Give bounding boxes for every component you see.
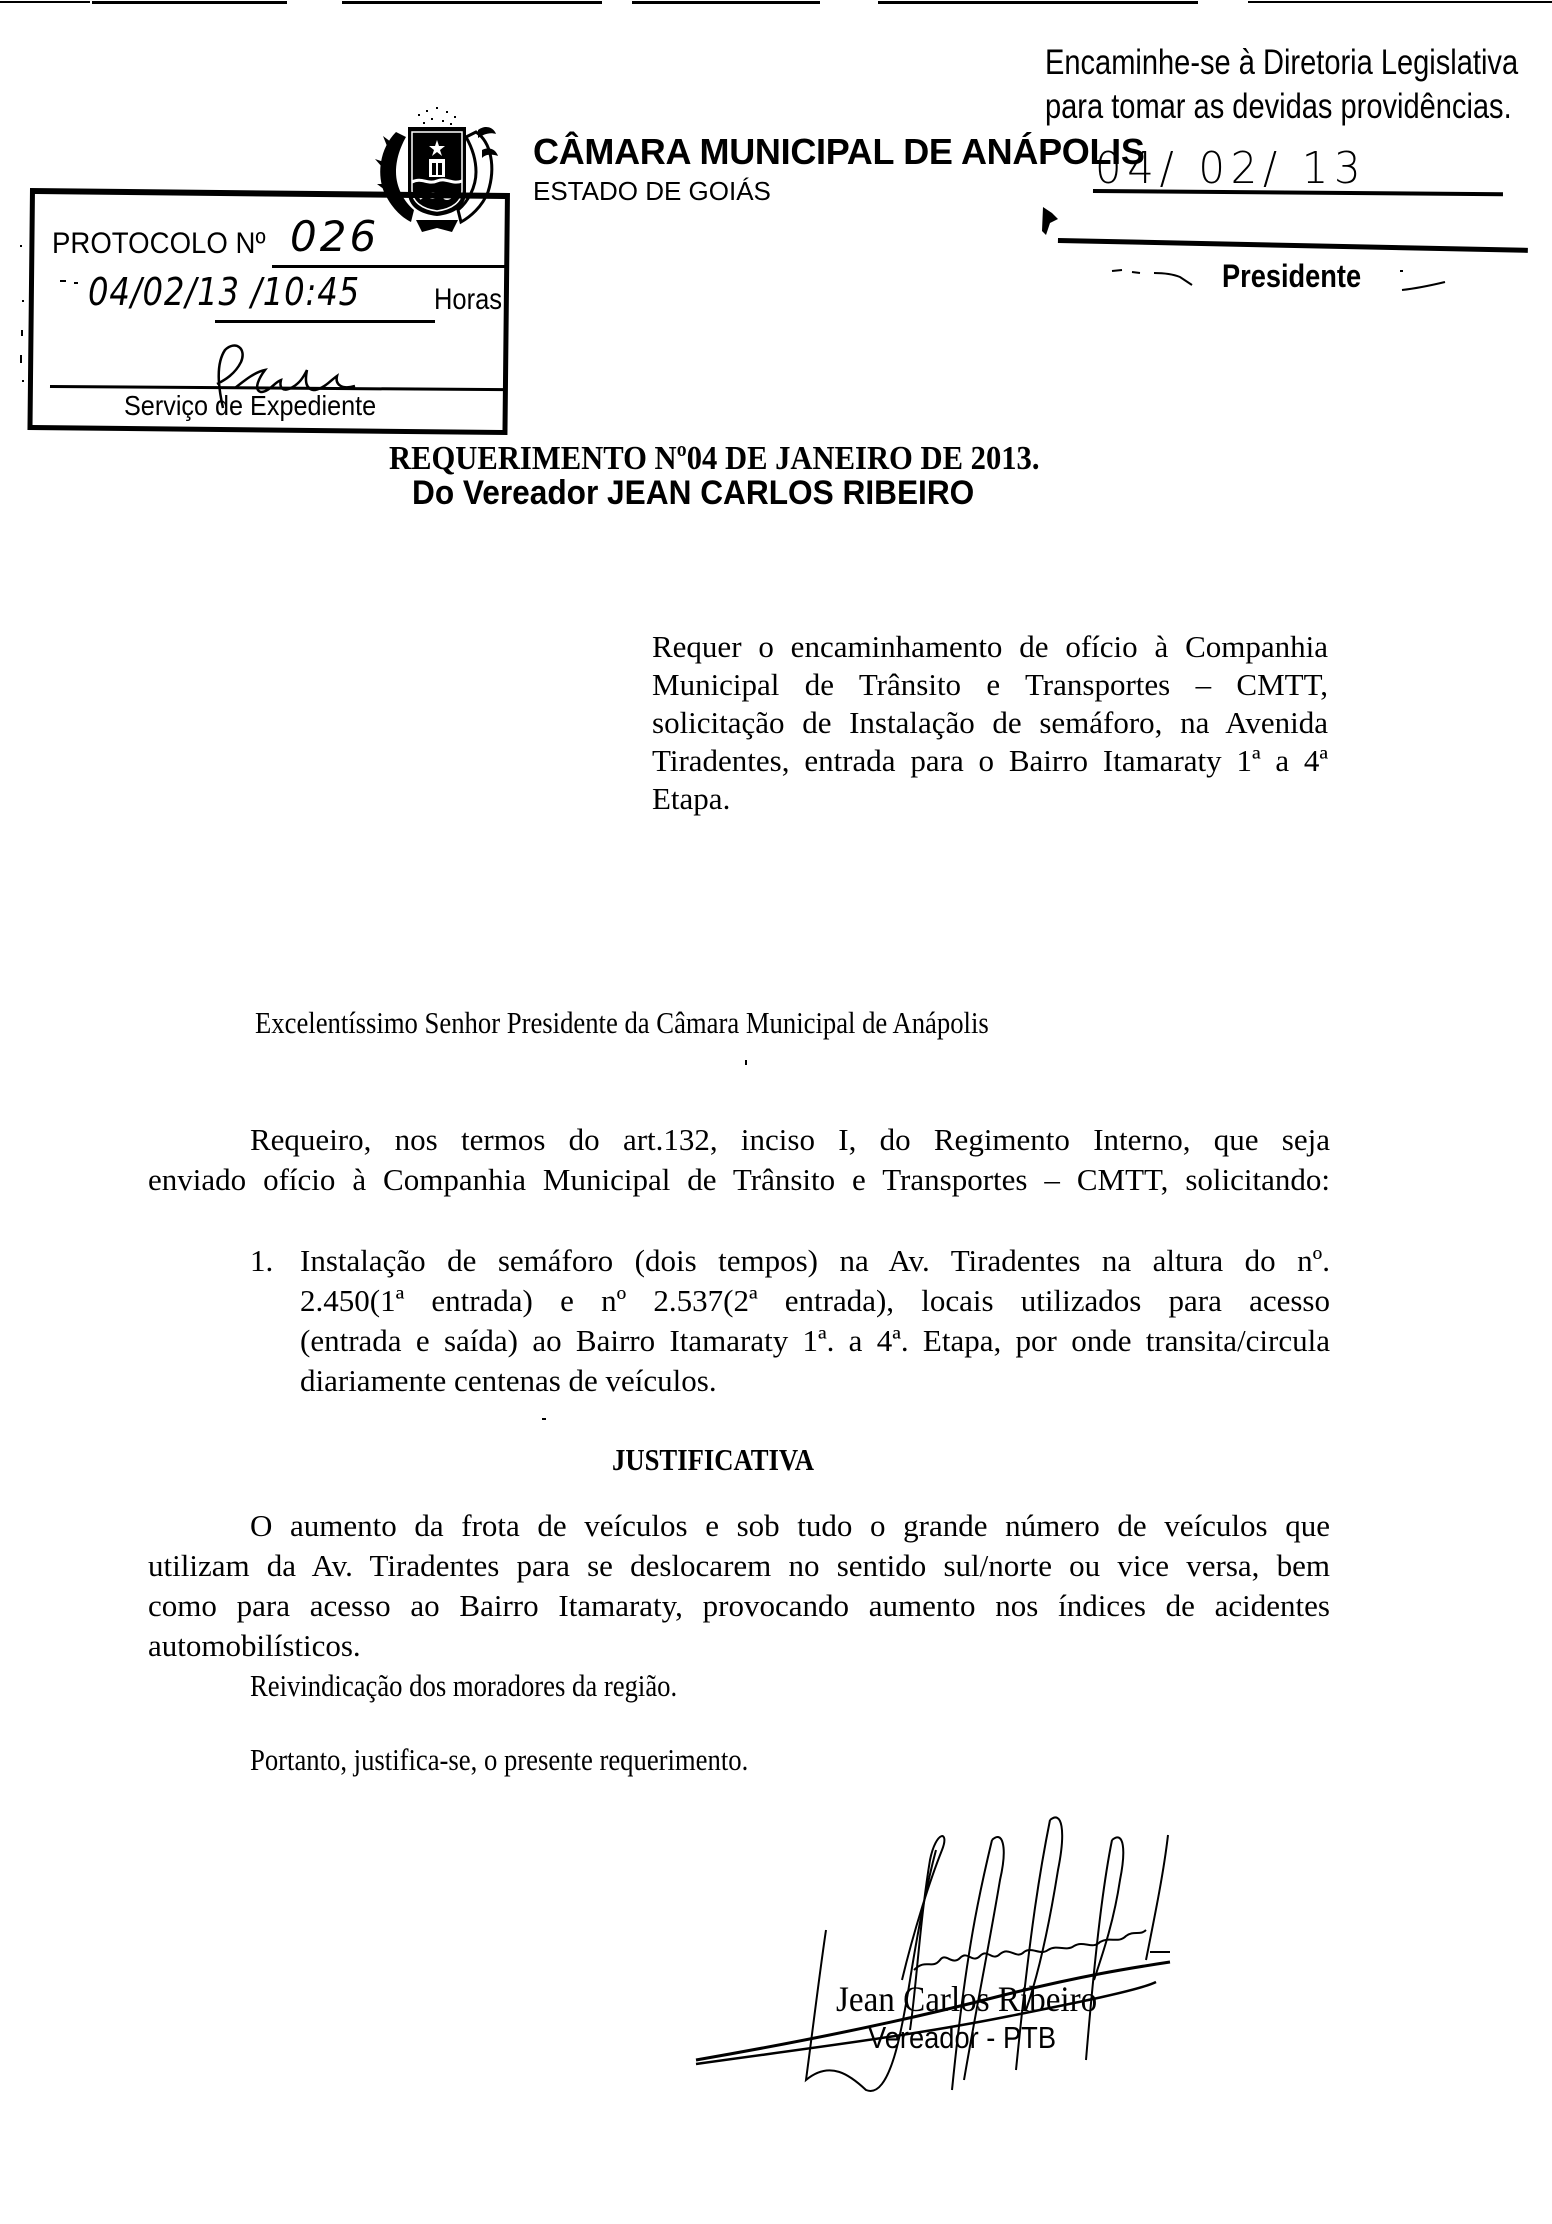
forwarding-instruction-line1: Encaminhe-se à Diretoria Legislativa — [1045, 43, 1518, 83]
protocol-hours-label: Horas — [434, 283, 502, 317]
list-item-line: diariamente centenas de veículos. — [300, 1363, 1330, 1399]
protocol-department: Serviço de Expediente — [124, 390, 376, 422]
president-signature-line — [1058, 238, 1528, 253]
signature-trace — [1110, 265, 1220, 295]
list-item-line: Instalação de semáforo (dois tempos) na … — [300, 1243, 1330, 1279]
signatory-name: Jean Carlos Ribeiro — [836, 1978, 1097, 2020]
document-author: Do Vereador JEAN CARLOS RIBEIRO — [412, 474, 974, 513]
closing-statement: Portanto, justifica-se, o presente reque… — [250, 1742, 748, 1778]
list-item-line: (entrada e saída) ao Bairro Itamaraty 1ª… — [300, 1323, 1330, 1359]
subject-line: Etapa. — [652, 780, 1328, 818]
subject-line: solicitação de Instalação de semáforo, n… — [652, 704, 1328, 742]
institution-name: CÂMARA MUNICIPAL DE ANÁPOLIS — [533, 131, 1145, 173]
state-name: ESTADO DE GOIÁS — [533, 176, 771, 207]
protocol-number-line — [272, 265, 508, 268]
subject-line: Tiradentes, entrada para o Bairro Itamar… — [652, 742, 1328, 780]
justification-line: utilizam da Av. Tiradentes para se deslo… — [148, 1548, 1330, 1584]
protocol-number: 026 — [290, 212, 379, 261]
signature-trace — [1400, 278, 1450, 294]
protocol-label: PROTOCOLO Nº — [52, 227, 266, 261]
scan-top-edge — [0, 0, 1552, 4]
list-item-line: 2.450(1ª entrada) e nº 2.537(2ª entrada)… — [300, 1283, 1330, 1319]
salutation: Excelentíssimo Senhor Presidente da Câma… — [255, 1005, 989, 1041]
protocol-datetime: 04/02/13 /10:45 — [88, 270, 360, 314]
protocol-datetime-line — [215, 320, 435, 323]
forwarding-date-line — [1093, 189, 1503, 196]
list-item-number: 1. — [250, 1243, 273, 1279]
justification-heading: JUSTIFICATIVA — [612, 1442, 814, 1478]
subject-line: Requer o encaminhamento de ofício à Comp… — [652, 628, 1328, 666]
document-title: REQUERIMENTO Nº04 DE JANEIRO DE 2013. — [389, 440, 1040, 478]
justification-line: automobilísticos. — [148, 1628, 1330, 1664]
forwarding-instruction-line2: para tomar as devidas providências. — [1045, 87, 1512, 127]
president-label: Presidente — [1222, 258, 1361, 295]
signatory-role: Vereador - PTB — [868, 2020, 1056, 2056]
subject-line: Municipal de Trânsito e Transportes – CM… — [652, 666, 1328, 704]
councilman-signature — [680, 1790, 1240, 2130]
justification-line: O aumento da frota de veículos e sob tud… — [250, 1508, 1330, 1544]
residents-claim: Reivindicação dos moradores da região. — [250, 1668, 677, 1704]
justification-line: como para acesso ao Bairro Itamaraty, pr… — [148, 1588, 1330, 1624]
forwarding-date-handwritten: 04/ 02/ 13 — [1095, 143, 1366, 194]
request-line: Requeiro, nos termos do art.132, inciso … — [250, 1122, 1330, 1158]
request-line: enviado ofício à Companhia Municipal de … — [148, 1162, 1330, 1198]
